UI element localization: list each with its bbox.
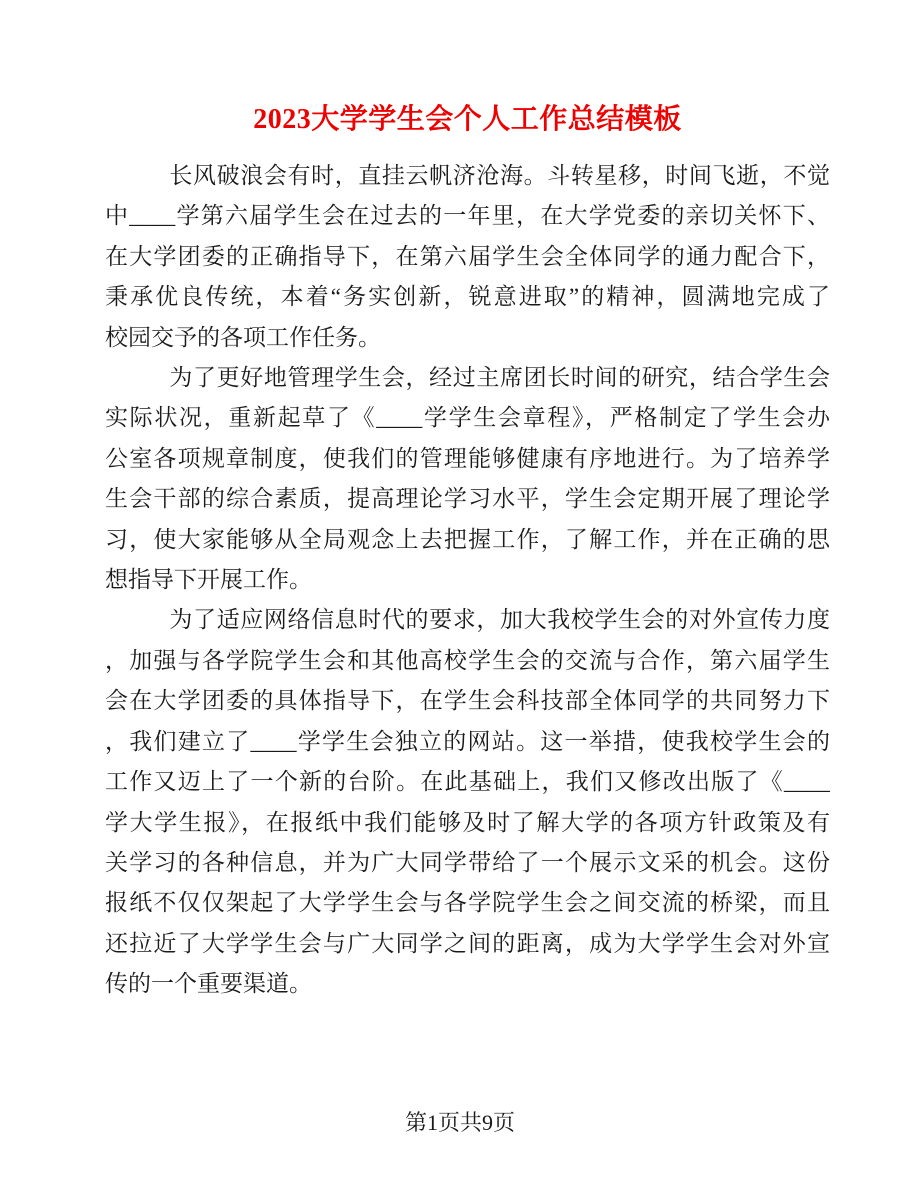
paragraph-line: 在大学团委的正确指导下，在第六届学生会全体同学的通力配合下，: [105, 237, 830, 277]
paragraph-line: 为了更好地管理学生会，经过主席团长时间的研究，结合学生会: [105, 358, 830, 398]
paragraph-line: 实际状况，重新起草了《____学学生会章程》，严格制定了学生会办: [105, 398, 830, 438]
page-footer: 第1页共9页: [0, 1109, 920, 1137]
paragraph-line: 习，使大家能够从全局观念上去把握工作，了解工作，并在正确的思: [105, 520, 830, 560]
paragraph-line: 学大学生报》，在报纸中我们能够及时了解大学的各项方针政策及有: [105, 803, 830, 843]
paragraph-line: 传的一个重要渠道。: [105, 964, 830, 1004]
document-body: 长风破浪会有时，直挂云帆济沧海。斗转星移，时间飞逝，不觉中____学第六届学生会…: [105, 156, 830, 1005]
paragraph-line: 报纸不仅仅架起了大学学生会与各学院学生会之间交流的桥梁，而且: [105, 883, 830, 923]
paragraph-line: 校园交予的各项工作任务。: [105, 318, 830, 358]
paragraph: 为了更好地管理学生会，经过主席团长时间的研究，结合学生会实际状况，重新起草了《_…: [105, 358, 830, 600]
paragraph-line: 为了适应网络信息时代的要求，加大我校学生会的对外宣传力度: [105, 600, 830, 640]
document-title: 2023大学学生会个人工作总结模板: [105, 101, 830, 139]
paragraph-line: 想指导下开展工作。: [105, 560, 830, 600]
paragraph-line: 会在大学团委的具体指导下，在学生会科技部全体同学的共同努力下: [105, 681, 830, 721]
paragraph: 为了适应网络信息时代的要求，加大我校学生会的对外宣传力度，加强与各学院学生会和其…: [105, 600, 830, 1004]
paragraph-line: 长风破浪会有时，直挂云帆济沧海。斗转星移，时间飞逝，不觉: [105, 156, 830, 196]
paragraph-line: 中____学第六届学生会在过去的一年里，在大学党委的亲切关怀下、: [105, 196, 830, 236]
paragraph-line: 秉承优良传统，本着“务实创新，锐意进取”的精神，圆满地完成了: [105, 277, 830, 317]
page-number-label: 第1页共9页: [405, 1110, 515, 1135]
paragraph-line: ，加强与各学院学生会和其他高校学生会的交流与合作，第六届学生: [105, 641, 830, 681]
document-page: 2023大学学生会个人工作总结模板 长风破浪会有时，直挂云帆济沧海。斗转星移，时…: [0, 0, 920, 1191]
paragraph-line: 还拉近了大学学生会与广大同学之间的距离，成为大学学生会对外宣: [105, 924, 830, 964]
paragraph-line: ，我们建立了____学学生会独立的网站。这一举措，使我校学生会的: [105, 722, 830, 762]
paragraph: 长风破浪会有时，直挂云帆济沧海。斗转星移，时间飞逝，不觉中____学第六届学生会…: [105, 156, 830, 358]
document-content: 2023大学学生会个人工作总结模板 长风破浪会有时，直挂云帆济沧海。斗转星移，时…: [0, 0, 920, 1005]
paragraph-line: 关学习的各种信息，并为广大同学带给了一个展示文采的机会。这份: [105, 843, 830, 883]
paragraph-line: 公室各项规章制度，使我们的管理能够健康有序地进行。为了培养学: [105, 439, 830, 479]
paragraph-line: 工作又迈上了一个新的台阶。在此基础上，我们又修改出版了《____: [105, 762, 830, 802]
paragraph-line: 生会干部的综合素质，提高理论学习水平，学生会定期开展了理论学: [105, 479, 830, 519]
